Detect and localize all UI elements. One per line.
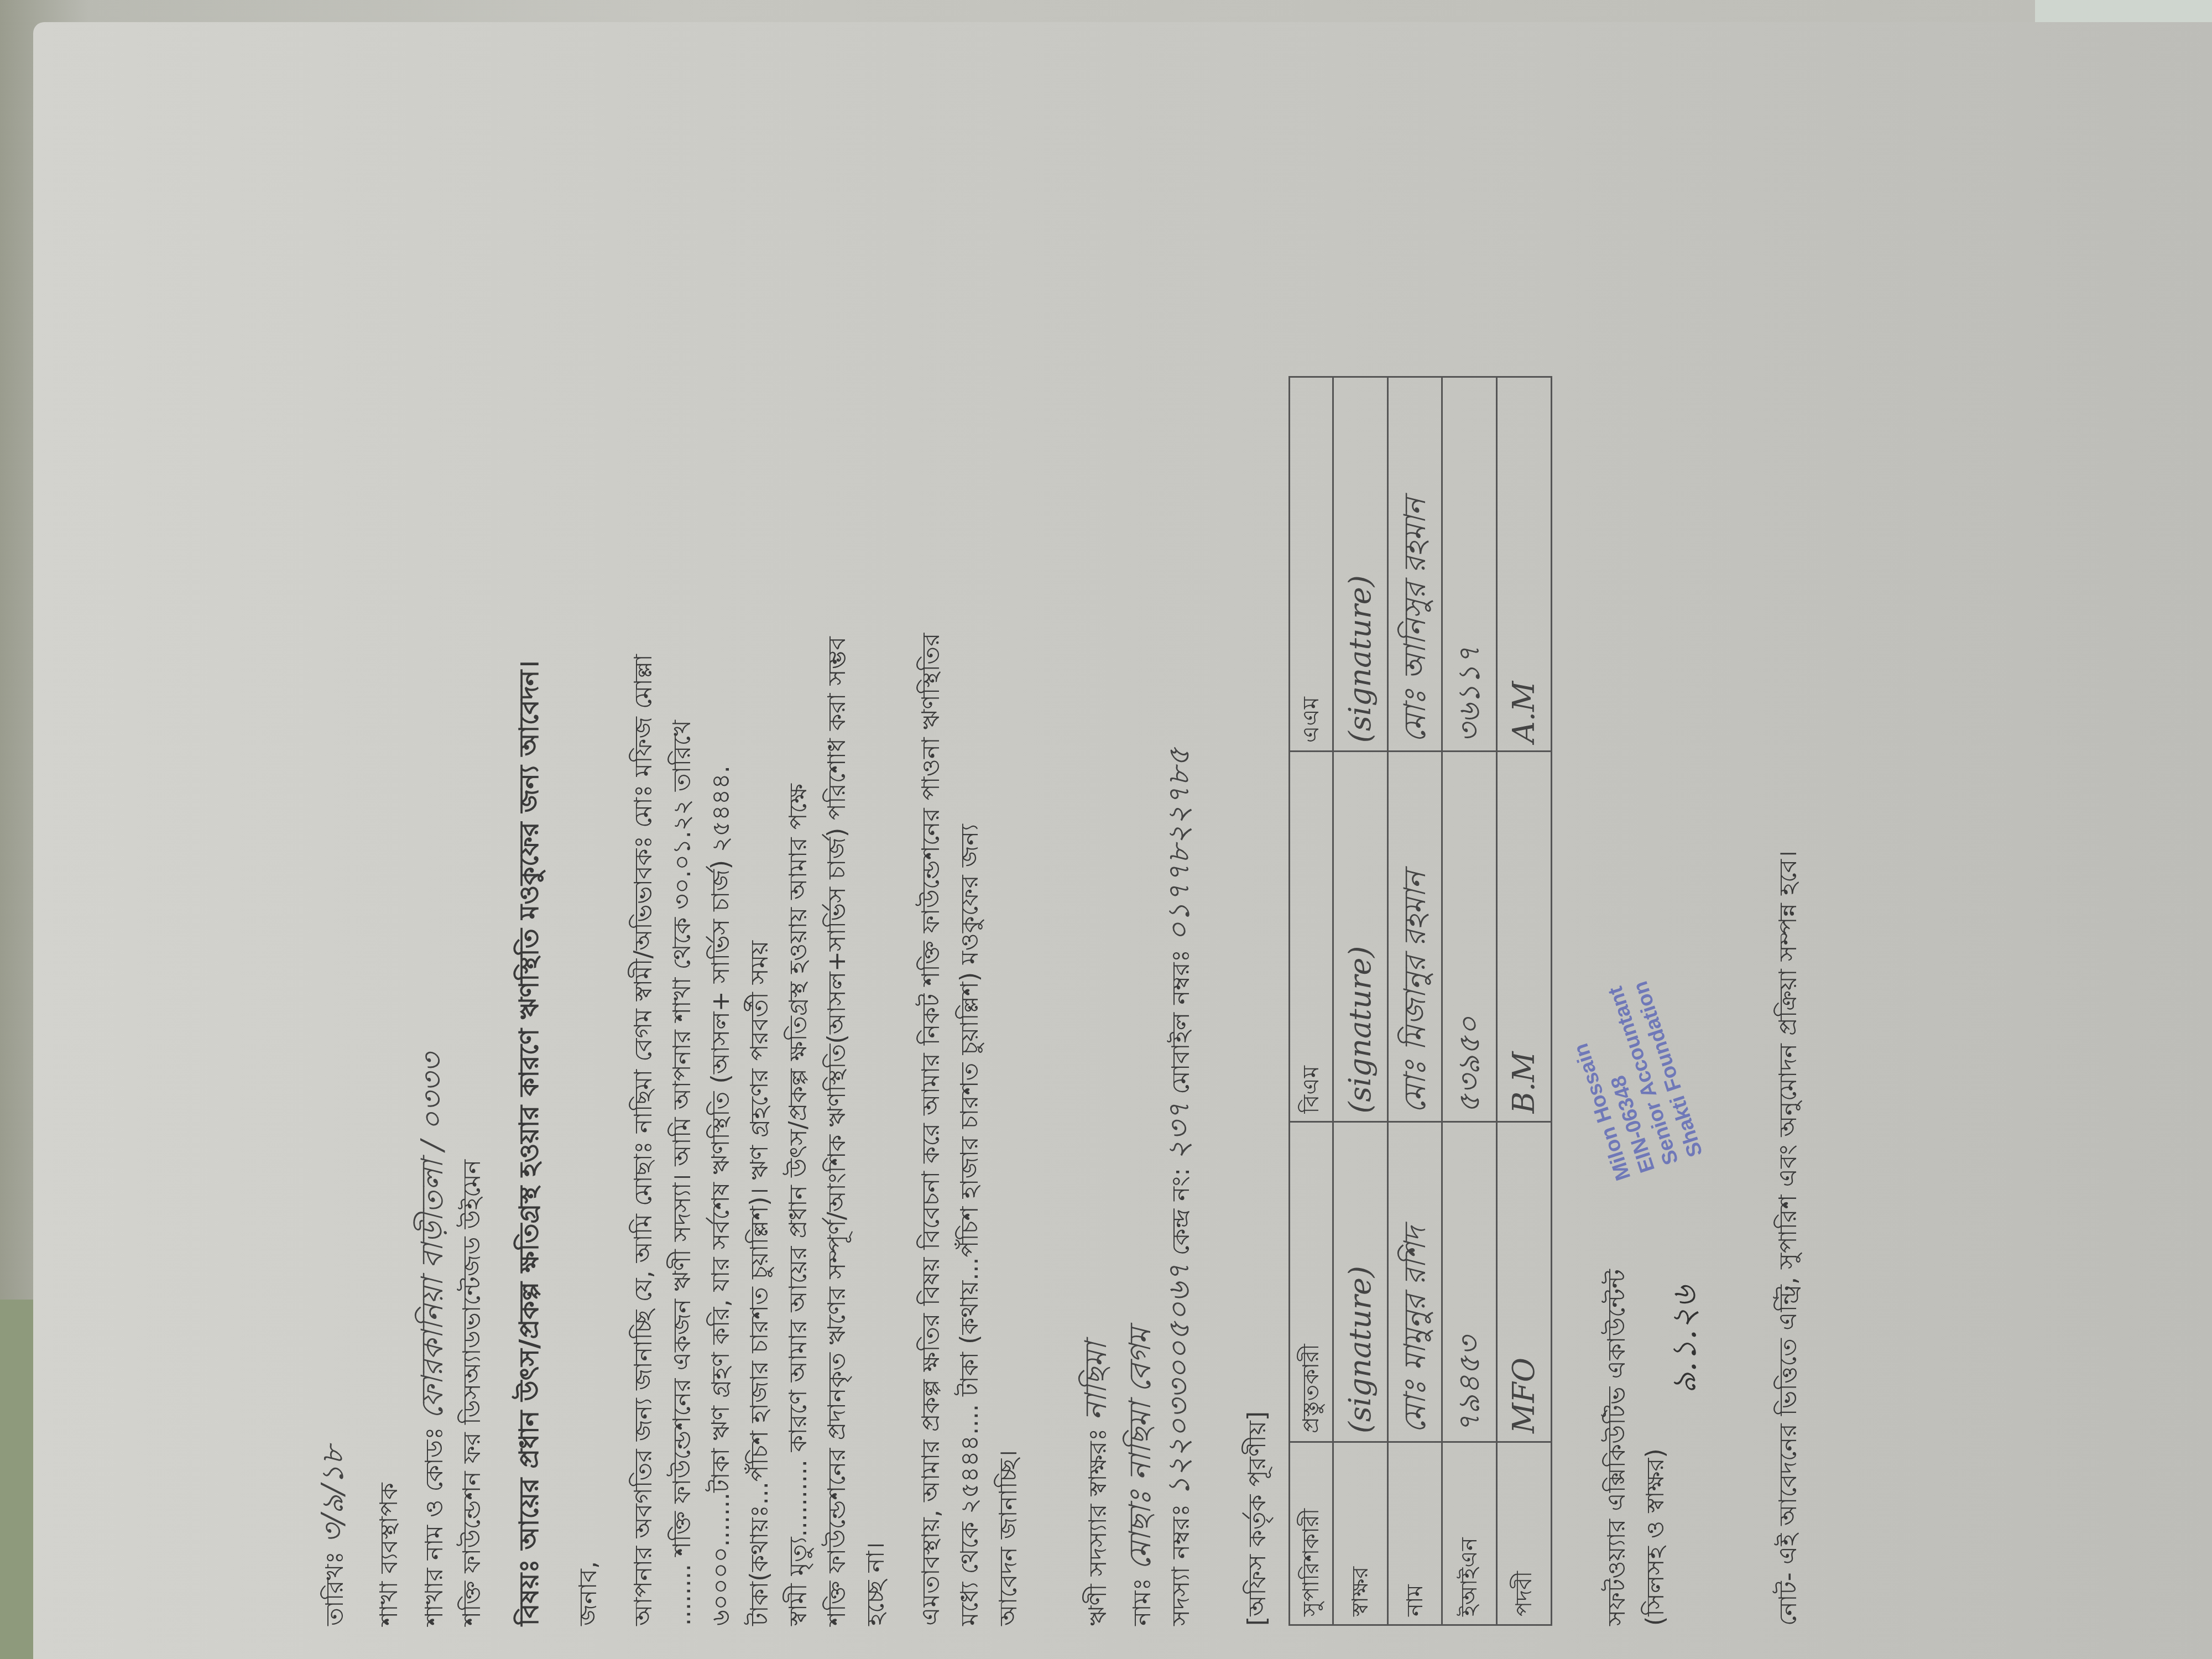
- office-caption: [অফিস কর্তৃক পূরণীয়]: [1239, 1411, 1276, 1626]
- accountant-stamp: Milon Hossain EIN-06348 Senior Accountan…: [1555, 975, 1708, 1183]
- para1-line: হচ্ছে না।: [857, 1542, 895, 1626]
- para2-line: আবেদন জানাচ্ছি।: [990, 1450, 1027, 1626]
- date-value: ৩/৯/১৮: [315, 1446, 350, 1543]
- signature-cell: (signature): [1333, 752, 1388, 1122]
- accountant-title: সফটওয়্যার এক্সিকিউটিভ একাউন্টেন্ট: [1598, 1269, 1636, 1626]
- accountant-signature: ৯.১.২৬: [1659, 1286, 1710, 1394]
- member-ids-line: সদস্যা নম্বরঃ ১২২০৩৩০০৫০৬৭ কেন্দ্র নং: ২…: [1156, 748, 1202, 1626]
- branch-value: ফোরকানিয়া বাড়ীতলা / ০৩৩৩: [415, 1053, 450, 1420]
- para2-line: মধ্যে থেকে ২৫৪৪৪.... টাকা (কথায়...পঁচিশ…: [951, 824, 989, 1626]
- member-name: মোছাঃ নাছিমা বেগম: [1123, 1328, 1157, 1570]
- signature-cell: (signature): [1333, 377, 1388, 752]
- footer-note: নোট- এই আবেদনের ভিত্তিতে এন্ট্রি, সুপারি…: [1770, 851, 1807, 1626]
- center-number: ২৩৭: [1161, 1102, 1196, 1160]
- mobile-number: ০১৭৭৮২২৭৮৫: [1161, 748, 1196, 942]
- table-row: ইআইএন ৭৯৪৫৩ ৫৩৯৫০ ৩৬১১৭: [1442, 377, 1497, 1625]
- date-line: তারিখঃ ৩/৯/১৮: [310, 1446, 356, 1626]
- branch-line: শাখার নাম ও কোডঃ ফোরকানিয়া বাড়ীতলা / ০…: [409, 1053, 456, 1626]
- para1-line: ৬০০০০.......টাকা ঋণ গ্রহণ করি, যার সর্বশ…: [702, 765, 740, 1626]
- para1-line: আপনার অবগতির জন্য জানাচ্ছি যে, আমি মোছাঃ…: [625, 654, 662, 1626]
- para2-line: এমতাবস্থায়, আমার প্রকল্প ক্ষতির বিষয় ব…: [912, 633, 950, 1626]
- para1-line: টাকা(কথায়ঃ...পঁচিশ হাজার চারশত চুয়াল্ল…: [741, 941, 779, 1626]
- office-approval-table: সুপারিশকারী প্রস্তুতকারী বিএম এএম স্বাক্…: [1288, 376, 1552, 1626]
- table-row: নাম মোঃ মামুনুর রশিদ মোঃ মিজানুর রহমান ম…: [1387, 377, 1442, 1625]
- table-row: পদবী MFO B.M A.M: [1497, 377, 1552, 1625]
- signature-cell: (signature): [1333, 1122, 1388, 1442]
- para1-line: শক্তি ফাউন্ডেশনের প্রদানকৃত ঋণের সম্পূর্…: [818, 637, 856, 1626]
- application-form: তারিখঃ ৩/৯/১৮ শাখা ব্যবস্থাপক শাখার নাম …: [310, 105, 2135, 1626]
- organization-name: শক্তি ফাউন্ডেশন ফর ডিসঅ্যাডভান্টেজড উইমে…: [453, 1160, 491, 1626]
- member-number: ১২২০৩৩০০৫০৬৭: [1161, 1263, 1196, 1496]
- salutation: জনাব,: [570, 1561, 607, 1626]
- paper-sheet: তারিখঃ ৩/৯/১৮ শাখা ব্যবস্থাপক শাখার নাম …: [33, 22, 2212, 1659]
- date-label: তারিখঃ: [321, 1551, 349, 1626]
- para1-line: ........ শক্তি ফাউন্ডেশনের একজন ঋণী সদস্…: [664, 720, 701, 1626]
- member-signature: নাছিমা: [1078, 1342, 1113, 1421]
- recipient-title: শাখা ব্যবস্থাপক: [371, 1483, 408, 1626]
- table-header-row: সুপারিশকারী প্রস্তুতকারী বিএম এএম: [1290, 377, 1333, 1625]
- subject-line: বিষয়ঃ আয়ের প্রধান উৎস/প্রকল্প ক্ষতিগ্র…: [509, 660, 550, 1626]
- member-signature-line: ঋণী সদস্যার স্বাক্ষরঃ নাছিমা: [1073, 1342, 1119, 1626]
- para1-line: স্বামী মৃত্যু.......... কারণে আমার আয়ের…: [780, 784, 817, 1626]
- table-row: স্বাক্ষর (signature) (signature) (signat…: [1333, 377, 1388, 1625]
- accountant-seal-note: (সিলসহ ও স্বাক্ষর): [1637, 1448, 1674, 1626]
